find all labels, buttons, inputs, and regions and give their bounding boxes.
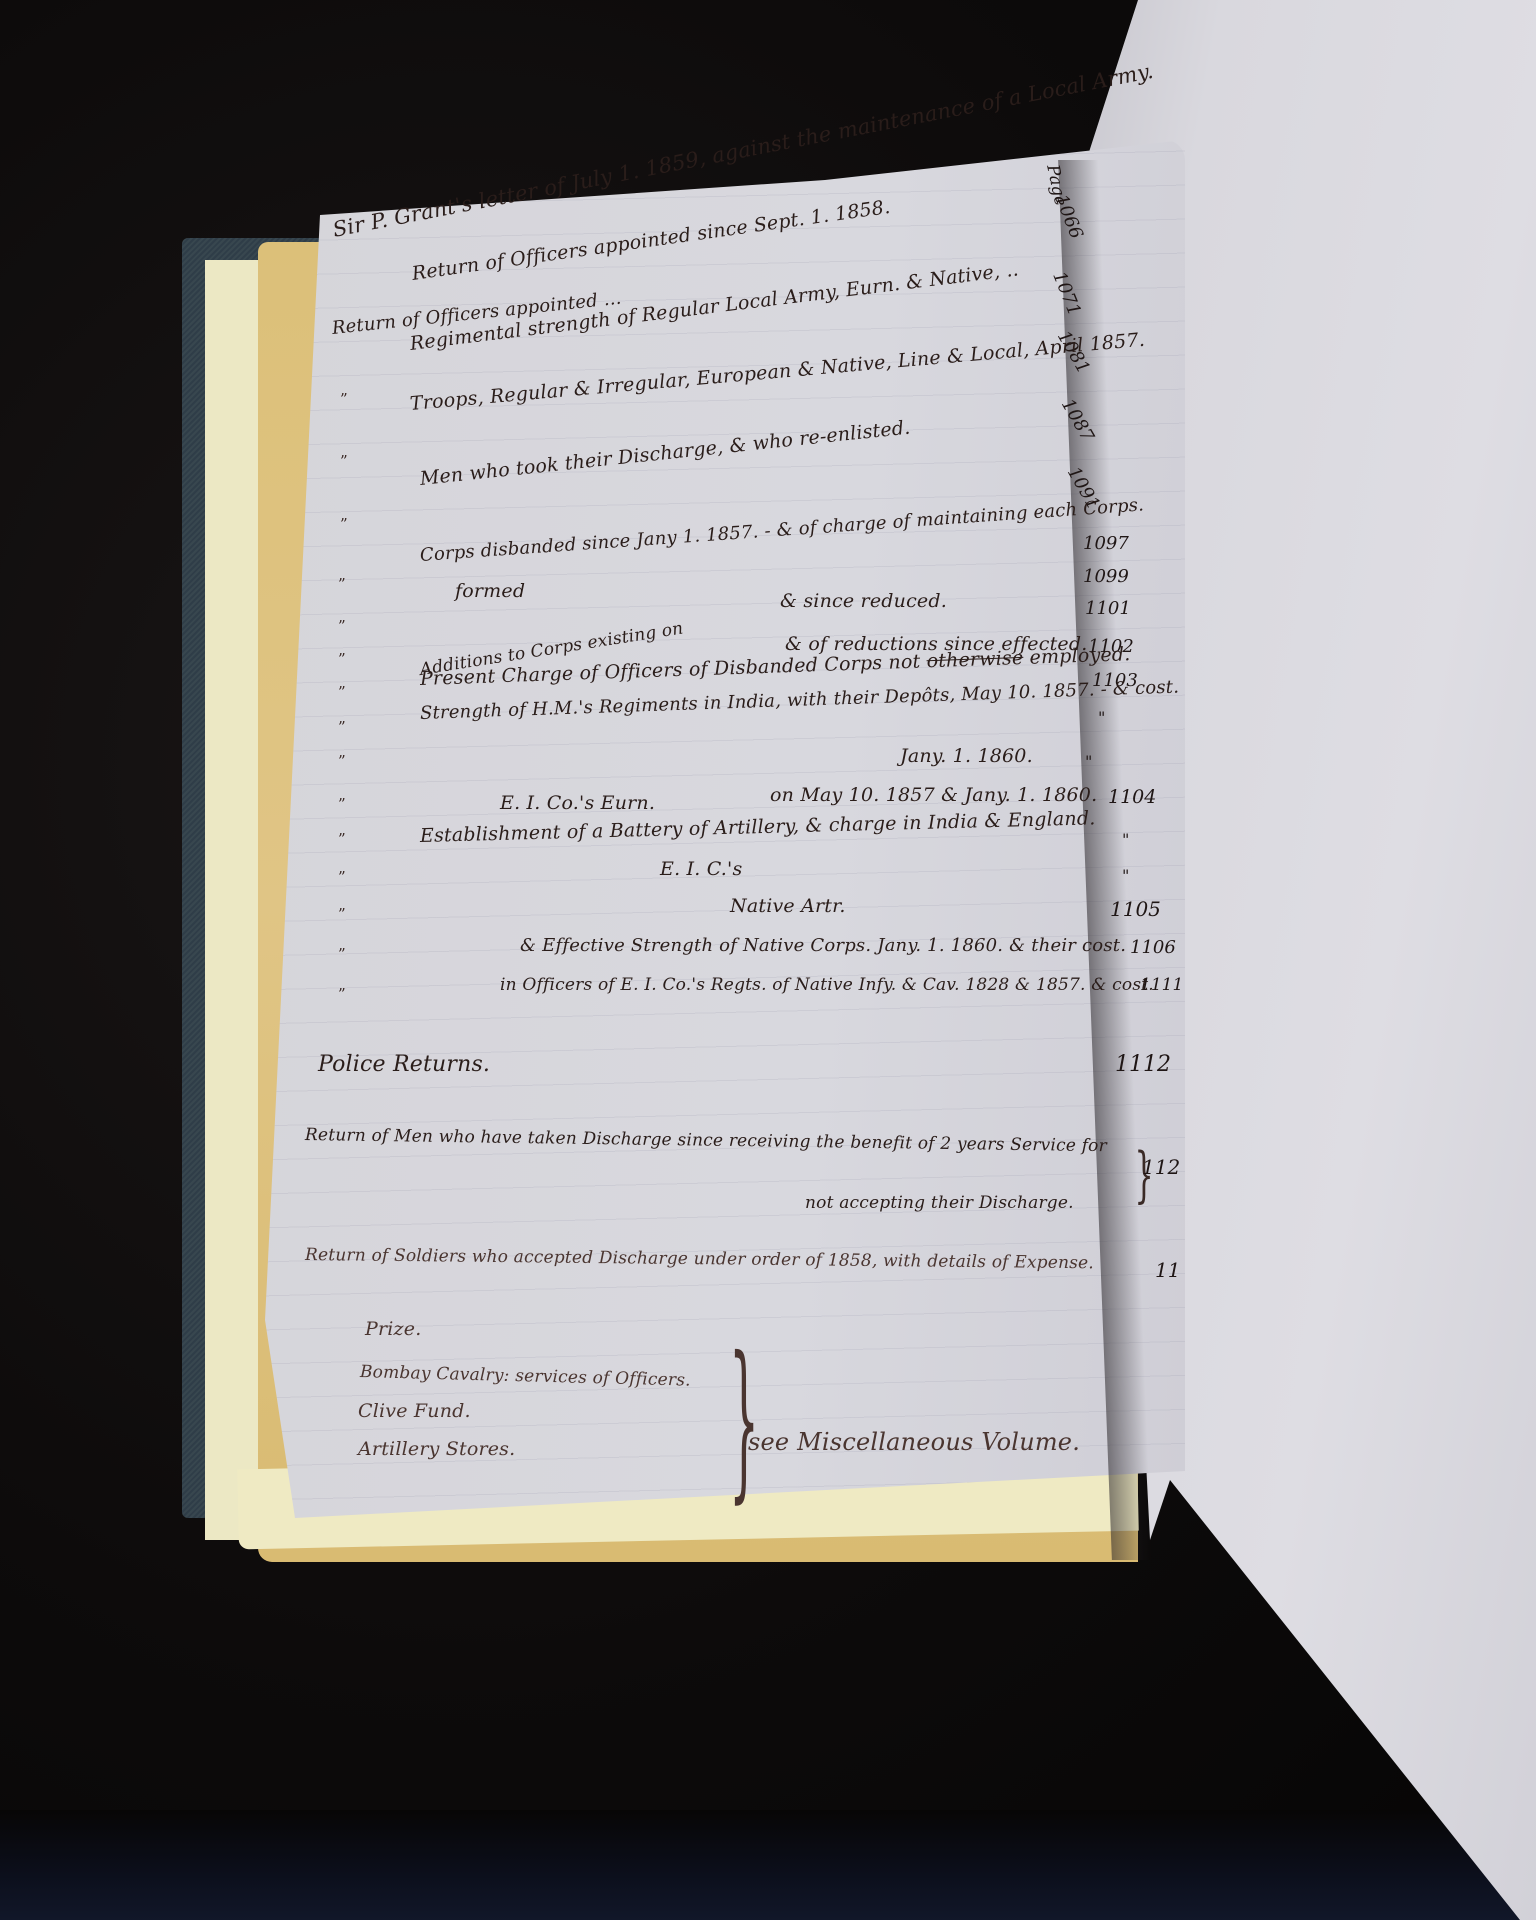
index-entry: Men who took their Discharge, & who re-e… [419,417,912,490]
misc-item-clive-fund: Clive Fund. [358,1400,471,1422]
ditto-mark: ” [338,752,346,770]
struck-text: otherwise [926,647,1023,672]
curly-brace: } [729,1335,759,1505]
page-number: " [1085,752,1092,771]
page-number: " [1122,866,1129,885]
ditto-mark: ” [338,718,346,736]
entry-tail: employed. [1029,643,1131,669]
ditto-mark: ” [338,795,346,813]
page-number: 1097 [1083,533,1129,554]
ditto-mark: ” [340,515,348,533]
misc-reference: see Miscellaneous Volume. [748,1428,1080,1456]
index-entry: in Officers of E. I. Co.'s Regts. of Nat… [500,975,1154,995]
index-entry: E. I. C.'s [660,858,742,880]
page-number: 1066 [1050,192,1087,242]
page-number: 1105 [1110,897,1161,921]
page-number: 11 [1155,1258,1180,1282]
page-number: 1087 [1057,395,1098,445]
index-entry: formed [455,580,525,602]
misc-item-bombay-cavalry: Bombay Cavalry: services of Officers. [360,1362,691,1391]
index-entry: Jany. 1. 1860. [900,745,1033,767]
ditto-mark: ” [338,905,346,923]
index-entry: Troops, Regular & Irregular, European & … [409,329,1146,415]
page-number: 1104 [1108,786,1156,808]
ditto-mark: ” [338,683,346,701]
page-number: " [1122,830,1129,849]
ditto-mark: ” [340,390,348,408]
index-entry: Return of Men who have taken Discharge s… [305,1125,1107,1156]
index-entry: Sir P. Grant's letter of July 1. 1859, a… [331,59,1156,242]
ditto-mark: ” [338,575,346,593]
page-number: " [1098,708,1105,727]
page-number: 1111 [1140,975,1183,995]
ditto-mark: ” [338,830,346,848]
index-entry-sub: on May 10. 1857 & Jany. 1. 1860. [770,784,1097,806]
page-number: 112 [1142,1155,1180,1179]
ditto-mark: ” [338,945,346,963]
ditto-mark: ” [338,985,346,1003]
index-entry: & Effective Strength of Native Corps. Ja… [520,935,1126,956]
ditto-mark: ” [338,617,346,635]
index-entry: Return of Soldiers who accepted Discharg… [305,1245,1094,1273]
index-entry: Police Returns. [318,1052,490,1077]
index-entry: & since reduced. [780,590,947,612]
ditto-mark: ” [340,452,348,470]
page-number: 1099 [1083,566,1129,587]
page-number: 1101 [1085,598,1131,619]
index-entry: E. I. Co.'s Eurn. [500,792,655,814]
page-number: 1112 [1115,1052,1171,1077]
misc-item-artillery-stores: Artillery Stores. [358,1438,515,1460]
index-entry-line2: not accepting their Discharge. [805,1193,1074,1213]
ditto-mark: ” [338,650,346,668]
page-number: 1071 [1048,269,1085,319]
index-entry: Native Artr. [730,895,846,917]
page-number: 1106 [1130,937,1176,958]
index-entry: Corps disbanded since Jany 1. 1857. - & … [419,494,1144,566]
handwritten-index: Page Sir P. Grant's letter of July 1. 18… [0,0,1536,1920]
ditto-mark: ” [338,868,346,886]
misc-item-prize: Prize. [365,1318,421,1340]
